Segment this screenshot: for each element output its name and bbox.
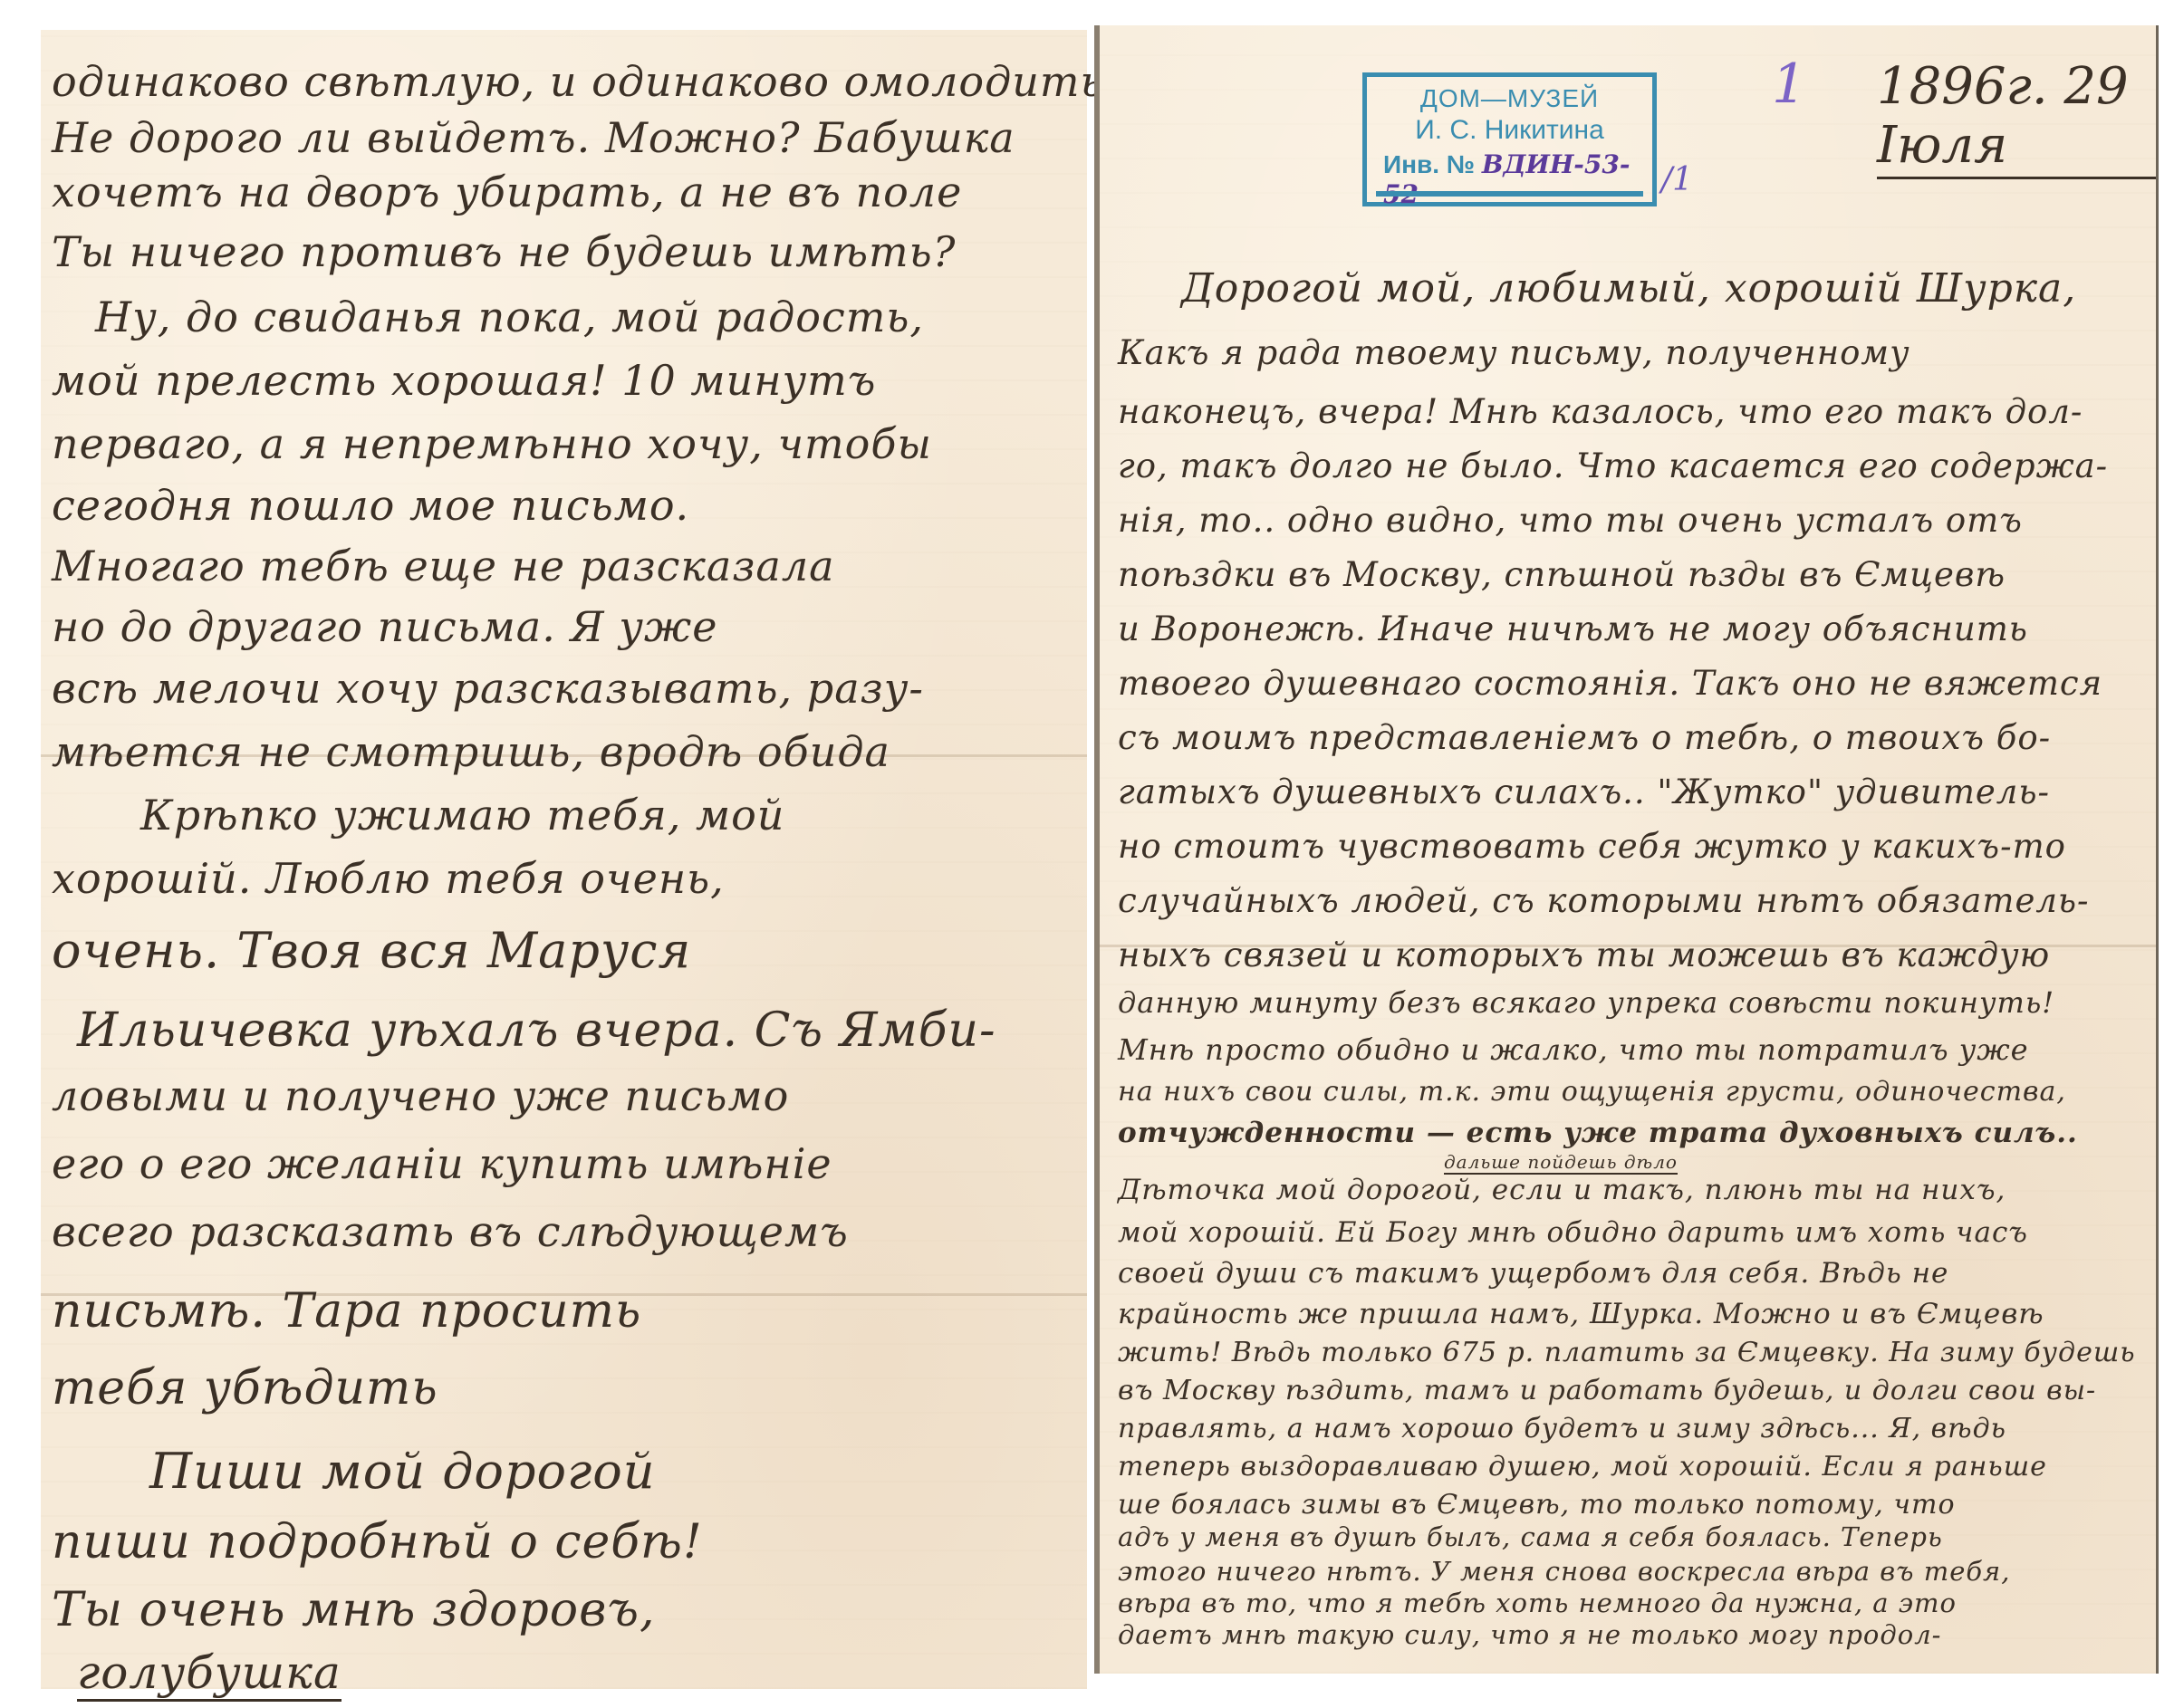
handwritten-line: тебя убѣдить <box>52 1361 438 1415</box>
handwritten-line: сегодня пошло мое письмо. <box>52 481 689 530</box>
handwritten-line: въ Москву ѣздить, тамъ и работать будешь… <box>1118 1375 2096 1406</box>
handwritten-line: своей души съ такимъ ущербомъ для себя. … <box>1118 1257 1948 1290</box>
handwritten-line: вѣра въ то, что я тебѣ хоть немного да н… <box>1118 1588 1957 1618</box>
handwritten-line: ловыми и получено уже письмо <box>52 1071 789 1120</box>
handwritten-line: ныхъ связей и которыхъ ты можешь въ кажд… <box>1118 936 2050 974</box>
stamp-inv-suffix: /1 <box>1661 161 1693 198</box>
handwritten-line: правлять, а намъ хорошо будетъ и зиму зд… <box>1118 1413 2006 1444</box>
handwritten-line: Ну, до свиданья пока, мой радость, <box>95 293 924 341</box>
handwritten-line: случайныхъ людей, съ которыми нѣтъ обяза… <box>1118 881 2090 920</box>
handwritten-line: съ моимъ представленіемъ о тебѣ, о твоих… <box>1118 718 2051 757</box>
handwritten-line: Не дорого ли выйдетъ. Можно? Бабушка <box>52 113 1015 162</box>
archive-page-number: 1 <box>1772 53 1806 116</box>
stamp-museum-label: ДОМ—МУЗЕЙ <box>1367 84 1652 113</box>
handwritten-line: ше боялась зимы въ Ємцевѣ, то только пот… <box>1118 1489 1956 1521</box>
handwritten-line: гатыхъ душевныхъ силахъ.. "Жутко" удивит… <box>1118 772 2050 811</box>
handwritten-line: и Воронежѣ. Иначе ничѣмъ не могу объясни… <box>1118 609 2028 648</box>
handwritten-line: Ты очень мнѣ здоровъ, <box>52 1583 656 1637</box>
handwritten-line: твоего душевнаго состоянія. Такъ оно не … <box>1118 664 2102 703</box>
handwritten-line: адъ у меня въ душѣ былъ, сама я себя боя… <box>1118 1521 1943 1552</box>
signature-line: голубушка <box>77 1646 341 1702</box>
handwritten-line: Дѣточка мой дорогой, если и такъ, плюнь … <box>1118 1174 2006 1206</box>
handwritten-line: письмѣ. Тара просить <box>52 1284 641 1339</box>
handwritten-line: жить! Вѣдь только 675 р. платить за Ємце… <box>1118 1337 2136 1368</box>
interlinear-note: дальше пойдешь дѣло <box>1444 1151 1678 1175</box>
handwritten-line: мѣется не смотришь, вродѣ обида <box>52 727 890 776</box>
handwritten-line: на нихъ свои силы, т.к. эти ощущенія гру… <box>1118 1076 2066 1108</box>
handwritten-line: пиши подробнѣй о себѣ! <box>52 1515 703 1569</box>
salutation-line: Дорогой мой, любимый, хорошій Шурка, <box>1181 265 2076 312</box>
stamp-inventory-row: Инв. № ВДИН-53-52 <box>1367 149 1652 209</box>
handwritten-line: го, такъ долго не было. Что касается его… <box>1118 446 2108 485</box>
handwritten-line: Какъ я рада твоему письму, полученному <box>1118 333 1910 372</box>
handwritten-line: Крѣпко ужимаю тебя, мой <box>140 791 784 840</box>
stamp-museum-name: И. С. Никитина <box>1367 115 1652 146</box>
handwritten-line: хочетъ на дворъ убирать, а не въ поле <box>52 168 962 216</box>
letter-date: 1896г. 29 Іюля <box>1877 57 2156 179</box>
handwritten-line: очень. Твоя вся Маруся <box>52 922 691 979</box>
handwritten-line: Многаго тебѣ еще не разсказала <box>52 542 835 590</box>
handwritten-line: теперь выздоравливаю душею, мой хорошій.… <box>1118 1451 2047 1483</box>
handwritten-line: Мнѣ просто обидно и жалко, что ты потрат… <box>1118 1032 2029 1067</box>
handwritten-line: мой хорошій. Ей Богу мнѣ обидно дарить и… <box>1118 1216 2028 1249</box>
handwritten-line: данную минуту безъ всякаго упрека совѣст… <box>1118 985 2054 1020</box>
handwritten-line: нія, то.. одно видно, что ты очень устал… <box>1118 501 2023 540</box>
handwritten-line: Пиши мой дорогой <box>149 1443 656 1500</box>
left-letter-page: одинаково свѣтлую, и одинаково омолодить… <box>41 30 1087 1689</box>
handwritten-line: всего разсказать въ слѣдующемъ <box>52 1207 849 1256</box>
museum-inventory-stamp: ДОМ—МУЗЕЙ И. С. Никитина Инв. № ВДИН-53-… <box>1362 72 1657 206</box>
stamp-bottom-bar <box>1376 191 1643 197</box>
handwritten-line: мой прелесть хорошая! 10 минутъ <box>52 356 876 405</box>
handwritten-line: Ты ничего противъ не будешь имѣть? <box>52 227 956 276</box>
handwritten-line: всѣ мелочи хочу разсказывать, разу- <box>52 664 924 713</box>
handwritten-line: даетъ мнѣ такую силу, что я не только мо… <box>1118 1619 1941 1650</box>
handwritten-line: Ильичевка уѣхалъ вчера. Съ Ямби- <box>77 1003 996 1058</box>
handwritten-line: его о его желаніи купить имѣніе <box>52 1139 832 1188</box>
handwritten-line: этого ничего нѣтъ. У меня снова воскресл… <box>1118 1556 2010 1587</box>
handwritten-line: поѣздки въ Москву, спѣшной ѣзды въ Ємцев… <box>1118 555 2006 594</box>
handwritten-line: но до другаго письма. Я уже <box>52 602 717 651</box>
stamp-inv-label: Инв. № <box>1383 150 1475 178</box>
handwritten-line: отчужденности — есть уже трата духовныхъ… <box>1118 1117 2078 1149</box>
handwritten-line: хорошій. Люблю тебя очень, <box>52 854 725 903</box>
right-letter-page: ДОМ—МУЗЕЙ И. С. Никитина Инв. № ВДИН-53-… <box>1094 25 2159 1674</box>
handwritten-line: наконецъ, вчера! Мнѣ казалось, что его т… <box>1118 392 2083 431</box>
handwritten-line: крайность же пришла намъ, Шурка. Можно и… <box>1118 1298 2044 1330</box>
handwritten-line: перваго, а я непремѣнно хочу, чтобы <box>52 419 932 468</box>
handwritten-line: одинаково свѣтлую, и одинаково омолодить… <box>52 57 1118 106</box>
handwritten-line: но стоитъ чувствовать себя жутко у каких… <box>1118 827 2066 866</box>
